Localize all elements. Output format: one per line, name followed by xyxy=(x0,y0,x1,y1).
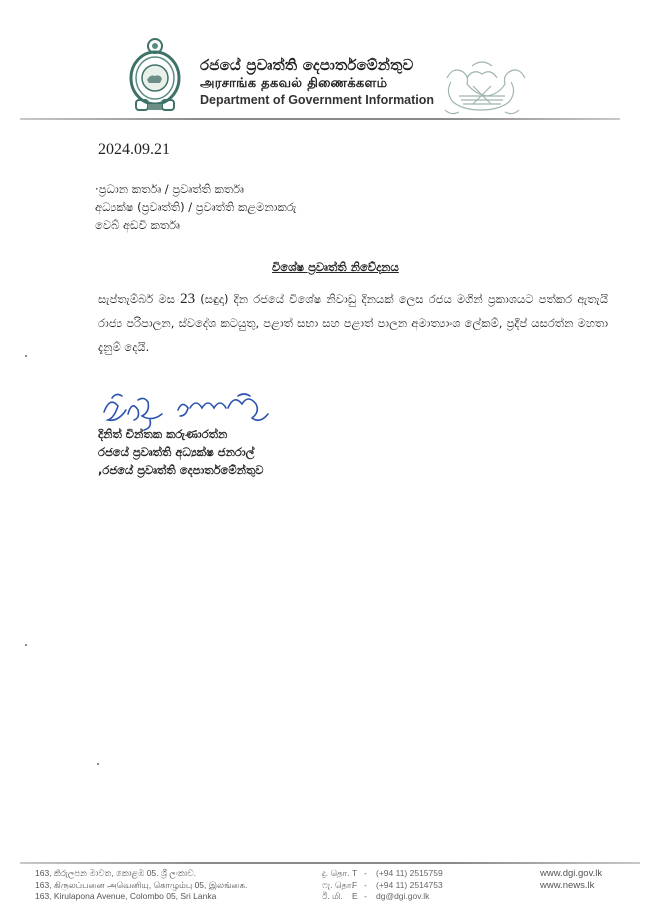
address-line-english: 163, Kirulapona Avenue, Colombo 05, Sri … xyxy=(35,891,247,903)
signatory-title: රජයේ ප්‍රවෘත්ති අධ්‍යක්ෂ ජනරාල් xyxy=(98,443,264,461)
contact-email: ඊ. மி. E - dg@dgi.gov.lk xyxy=(322,891,443,903)
fax-number: (+94 11) 2514753 xyxy=(376,880,443,892)
recipient-line: අධ්‍යක්ෂ (ප්‍රවෘත්ති) / ප්‍රවෘත්ති කළමනා… xyxy=(95,198,296,216)
department-name-tamil: அரசாங்க தகவல் திணைக்களம் xyxy=(200,75,434,92)
sri-lanka-emblem-icon xyxy=(128,34,182,114)
department-name-sinhala: රජයේ ප්‍රවෘත්ති දෙපාර්තමේන්තුව xyxy=(200,56,434,75)
footer-address: 163, කිරුලපන මාවත, කොළඹ 05. ශ්‍රී ලංකාව.… xyxy=(35,868,247,903)
punch-mark xyxy=(25,644,27,646)
contact-fax: ෆැ. தொ. F - (+94 11) 2514753 xyxy=(322,880,443,892)
notice-body: සැප්තැම්බර් මස 23 (සඳුදා) දින රජයේ විශේෂ… xyxy=(98,287,608,359)
recipient-line: ·ප්‍රධාන කර්තෘ / ප්‍රවෘත්ති කර්තෘ xyxy=(95,180,296,198)
lion-crest-icon xyxy=(437,58,527,120)
department-name-english: Department of Government Information xyxy=(200,92,434,109)
address-line-tamil: 163, கிருலப்பனை அவெனியு, கொழும்பு 05, இல… xyxy=(35,880,247,892)
notice-title: විශේෂ ප්‍රවෘත්ති නිවේදනය xyxy=(272,260,399,275)
website-link-dgi[interactable]: www.dgi.gov.lk xyxy=(540,868,602,880)
signatory-block: දිනිත් චින්තක කරුණාරත්න රජයේ ප්‍රවෘත්ති … xyxy=(98,425,264,479)
punch-mark xyxy=(25,355,27,357)
email-link[interactable]: dg@dgi.gov.lk xyxy=(376,891,429,903)
address-line-sinhala: 163, කිරුලපන මාවත, කොළඹ 05. ශ්‍රී ලංකාව. xyxy=(35,868,247,880)
letter-date: 2024.09.21 xyxy=(98,141,170,159)
body-date-number: 23 xyxy=(180,291,195,307)
recipient-line: වෙබ් අඩවි කර්තෘ xyxy=(95,216,296,234)
header-divider xyxy=(20,118,620,120)
phone-number[interactable]: (+94 11) 2515759 xyxy=(376,868,443,880)
footer-divider xyxy=(20,862,640,864)
contact-phone: දු. தொ. T - (+94 11) 2515759 xyxy=(322,868,443,880)
website-link-news[interactable]: www.news.lk xyxy=(540,880,602,892)
body-text-part: සැප්තැම්බර් මස xyxy=(98,292,180,306)
letterhead: රජයේ ප්‍රවෘත්ති දෙපාර්තමේන්තුව அரசாங்க த… xyxy=(0,0,650,125)
recipients-list: ·ප්‍රධාන කර්තෘ / ප්‍රවෘත්ති කර්තෘ අධ්‍යක… xyxy=(95,180,296,234)
footer-websites: www.dgi.gov.lk www.news.lk xyxy=(540,868,602,891)
signatory-name: දිනිත් චින්තක කරුණාරත්න xyxy=(98,425,264,443)
signatory-department: ,රජයේ ප්‍රවෘත්ති දෙපාර්තමේන්තුව xyxy=(98,461,264,479)
footer-contacts: දු. தொ. T - (+94 11) 2515759 ෆැ. தொ. F -… xyxy=(322,868,443,903)
punch-mark xyxy=(97,763,99,765)
